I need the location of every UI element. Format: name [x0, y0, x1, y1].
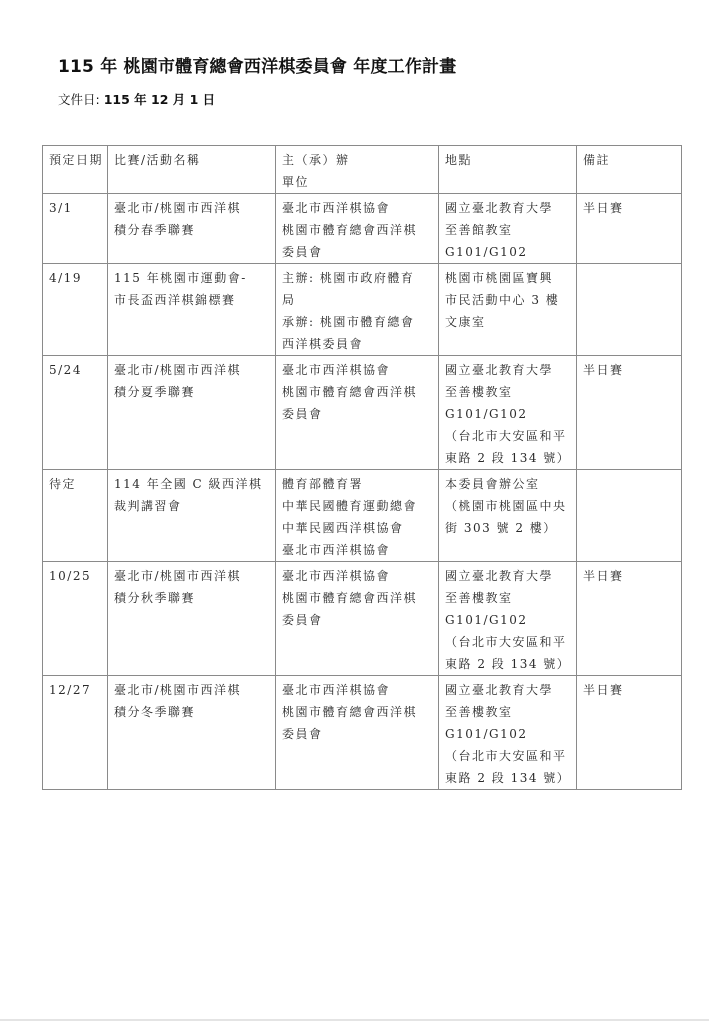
cell-note	[577, 470, 682, 562]
cell-text-line: 臺北市西洋棋協會	[282, 197, 433, 219]
table-row: 3/1 臺北市/桃園市西洋棋積分春季聯賽 臺北市西洋棋協會桃園市體育總會西洋棋委…	[43, 194, 682, 264]
cell-text-line: 承辦: 桃園市體育總會	[282, 311, 433, 333]
cell-text-line: 12/27	[49, 679, 102, 701]
cell-text-line: 臺北市/桃園市西洋棋	[114, 359, 270, 381]
cell-text-line: 積分夏季聯賽	[114, 381, 270, 403]
cell-text-line: 至善館教室	[445, 219, 571, 241]
cell-text-line: 桃園市體育總會西洋棋	[282, 701, 433, 723]
cell-text-line: 委員會	[282, 723, 433, 745]
cell-text-line: 體育部體育署	[282, 473, 433, 495]
cell-text-line: 街 303 號 2 樓）	[445, 517, 571, 539]
cell-text-line: 單位	[282, 171, 433, 193]
cell-note: 半日賽	[577, 194, 682, 264]
document-date-value: 115 年 12 月 1 日	[104, 92, 215, 107]
cell-text-line: 裁判講習會	[114, 495, 270, 517]
document-date: 文件日: 115 年 12 月 1 日	[58, 90, 215, 108]
cell-text-line: 國立臺北教育大學	[445, 359, 571, 381]
cell-note: 半日賽	[577, 562, 682, 676]
cell-text-line: 委員會	[282, 241, 433, 263]
cell-text-line: 國立臺北教育大學	[445, 197, 571, 219]
cell-event: 臺北市/桃園市西洋棋積分夏季聯賽	[108, 356, 276, 470]
cell-text-line: 桃園市桃園區寶興	[445, 267, 571, 289]
cell-text-line: 比賽/活動名稱	[114, 149, 270, 171]
cell-organizer: 臺北市西洋棋協會桃園市體育總會西洋棋委員會	[276, 562, 439, 676]
cell-text-line: 預定日期	[49, 149, 102, 171]
cell-date: 5/24	[43, 356, 108, 470]
cell-text-line: 備註	[583, 149, 676, 171]
cell-text-line: 半日賽	[583, 679, 676, 701]
cell-text-line: 中華民國體育運動總會	[282, 495, 433, 517]
cell-text-line: 國立臺北教育大學	[445, 565, 571, 587]
cell-text-line: 桃園市體育總會西洋棋	[282, 587, 433, 609]
cell-location: 國立臺北教育大學至善樓教室G101/G102（台北市大安區和平東路 2 段 13…	[439, 356, 577, 470]
cell-text-line: 半日賽	[583, 359, 676, 381]
cell-event: 115 年桃園市運動會-市長盃西洋棋錦標賽	[108, 264, 276, 356]
cell-text-line: 3/1	[49, 197, 102, 219]
cell-text-line: 市民活動中心 3 樓	[445, 289, 571, 311]
cell-organizer: 體育部體育署中華民國體育運動總會中華民國西洋棋協會臺北市西洋棋協會	[276, 470, 439, 562]
cell-text-line: 市長盃西洋棋錦標賽	[114, 289, 270, 311]
cell-location: 國立臺北教育大學至善樓教室G101/G102（台北市大安區和平東路 2 段 13…	[439, 676, 577, 790]
cell-text-line: 4/19	[49, 267, 102, 289]
cell-text-line: （桃園市桃園區中央	[445, 495, 571, 517]
cell-event: 臺北市/桃園市西洋棋積分冬季聯賽	[108, 676, 276, 790]
cell-location: 桃園市桃園區寶興市民活動中心 3 樓文康室	[439, 264, 577, 356]
cell-text-line: 委員會	[282, 609, 433, 631]
cell-note	[577, 264, 682, 356]
work-plan-table: 預定日期 比賽/活動名稱 主（承）辦單位 地點 備註 3/1 臺北市/桃園市西洋…	[42, 145, 682, 790]
cell-text-line: 臺北市西洋棋協會	[282, 565, 433, 587]
cell-text-line: 東路 2 段 134 號）	[445, 653, 571, 675]
cell-text-line: （台北市大安區和平	[445, 631, 571, 653]
cell-event: 臺北市/桃園市西洋棋積分春季聯賽	[108, 194, 276, 264]
cell-text-line: （台北市大安區和平	[445, 425, 571, 447]
cell-text-line: 積分春季聯賽	[114, 219, 270, 241]
cell-text-line: （台北市大安區和平	[445, 745, 571, 767]
table-row: 12/27 臺北市/桃園市西洋棋積分冬季聯賽 臺北市西洋棋協會桃園市體育總會西洋…	[43, 676, 682, 790]
cell-date: 3/1	[43, 194, 108, 264]
cell-note: 半日賽	[577, 356, 682, 470]
cell-text-line: 積分秋季聯賽	[114, 587, 270, 609]
cell-text-line: 國立臺北教育大學	[445, 679, 571, 701]
table-row: 4/19 115 年桃園市運動會-市長盃西洋棋錦標賽 主辦: 桃園市政府體育局承…	[43, 264, 682, 356]
cell-text-line: 積分冬季聯賽	[114, 701, 270, 723]
cell-text-line: 桃園市體育總會西洋棋	[282, 219, 433, 241]
cell-text-line: 臺北市/桃園市西洋棋	[114, 565, 270, 587]
cell-text-line: 主辦: 桃園市政府體育	[282, 267, 433, 289]
cell-location: 國立臺北教育大學至善館教室G101/G102	[439, 194, 577, 264]
cell-text-line: 臺北市西洋棋協會	[282, 539, 433, 561]
cell-text-line: 委員會	[282, 403, 433, 425]
cell-text-line: 臺北市/桃園市西洋棋	[114, 679, 270, 701]
cell-text-line: 局	[282, 289, 433, 311]
cell-text-line: 5/24	[49, 359, 102, 381]
cell-organizer: 臺北市西洋棋協會桃園市體育總會西洋棋委員會	[276, 356, 439, 470]
cell-text-line: 桃園市體育總會西洋棋	[282, 381, 433, 403]
cell-text-line: 本委員會辦公室	[445, 473, 571, 495]
cell-date: 12/27	[43, 676, 108, 790]
cell-date: 待定	[43, 470, 108, 562]
cell-text-line: 至善樓教室	[445, 381, 571, 403]
header-organizer: 主（承）辦單位	[276, 146, 439, 194]
cell-text-line: G101/G102	[445, 403, 571, 425]
document-date-label: 文件日:	[58, 92, 100, 107]
cell-text-line: 文康室	[445, 311, 571, 333]
cell-event: 114 年全國 C 級西洋棋裁判講習會	[108, 470, 276, 562]
cell-text-line: 中華民國西洋棋協會	[282, 517, 433, 539]
cell-text-line: G101/G102	[445, 241, 571, 263]
cell-text-line: 地點	[445, 149, 571, 171]
table-header-row: 預定日期 比賽/活動名稱 主（承）辦單位 地點 備註	[43, 146, 682, 194]
header-event: 比賽/活動名稱	[108, 146, 276, 194]
cell-text-line: 至善樓教室	[445, 587, 571, 609]
cell-text-line: 10/25	[49, 565, 102, 587]
cell-text-line: G101/G102	[445, 723, 571, 745]
document-title: 115 年 桃園市體育總會西洋棋委員會 年度工作計畫	[58, 52, 456, 77]
cell-text-line: G101/G102	[445, 609, 571, 631]
cell-text-line: 西洋棋委員會	[282, 333, 433, 355]
page-bottom-divider	[0, 1019, 709, 1021]
cell-text-line: 待定	[49, 473, 102, 495]
cell-organizer: 主辦: 桃園市政府體育局承辦: 桃園市體育總會西洋棋委員會	[276, 264, 439, 356]
cell-text-line: 半日賽	[583, 197, 676, 219]
table-row: 待定 114 年全國 C 級西洋棋裁判講習會 體育部體育署中華民國體育運動總會中…	[43, 470, 682, 562]
header-note: 備註	[577, 146, 682, 194]
cell-location: 本委員會辦公室（桃園市桃園區中央街 303 號 2 樓）	[439, 470, 577, 562]
cell-text-line: 東路 2 段 134 號）	[445, 767, 571, 789]
cell-location: 國立臺北教育大學至善樓教室G101/G102（台北市大安區和平東路 2 段 13…	[439, 562, 577, 676]
cell-text-line: 東路 2 段 134 號）	[445, 447, 571, 469]
cell-event: 臺北市/桃園市西洋棋積分秋季聯賽	[108, 562, 276, 676]
cell-text-line: 臺北市西洋棋協會	[282, 679, 433, 701]
table-row: 10/25 臺北市/桃園市西洋棋積分秋季聯賽 臺北市西洋棋協會桃園市體育總會西洋…	[43, 562, 682, 676]
cell-note: 半日賽	[577, 676, 682, 790]
header-location: 地點	[439, 146, 577, 194]
header-date: 預定日期	[43, 146, 108, 194]
cell-date: 10/25	[43, 562, 108, 676]
cell-date: 4/19	[43, 264, 108, 356]
table-row: 5/24 臺北市/桃園市西洋棋積分夏季聯賽 臺北市西洋棋協會桃園市體育總會西洋棋…	[43, 356, 682, 470]
cell-text-line: 114 年全國 C 級西洋棋	[114, 473, 270, 495]
cell-text-line: 至善樓教室	[445, 701, 571, 723]
cell-organizer: 臺北市西洋棋協會桃園市體育總會西洋棋委員會	[276, 676, 439, 790]
cell-text-line: 主（承）辦	[282, 149, 433, 171]
cell-text-line: 115 年桃園市運動會-	[114, 267, 270, 289]
cell-text-line: 半日賽	[583, 565, 676, 587]
cell-organizer: 臺北市西洋棋協會桃園市體育總會西洋棋委員會	[276, 194, 439, 264]
cell-text-line: 臺北市/桃園市西洋棋	[114, 197, 270, 219]
cell-text-line: 臺北市西洋棋協會	[282, 359, 433, 381]
